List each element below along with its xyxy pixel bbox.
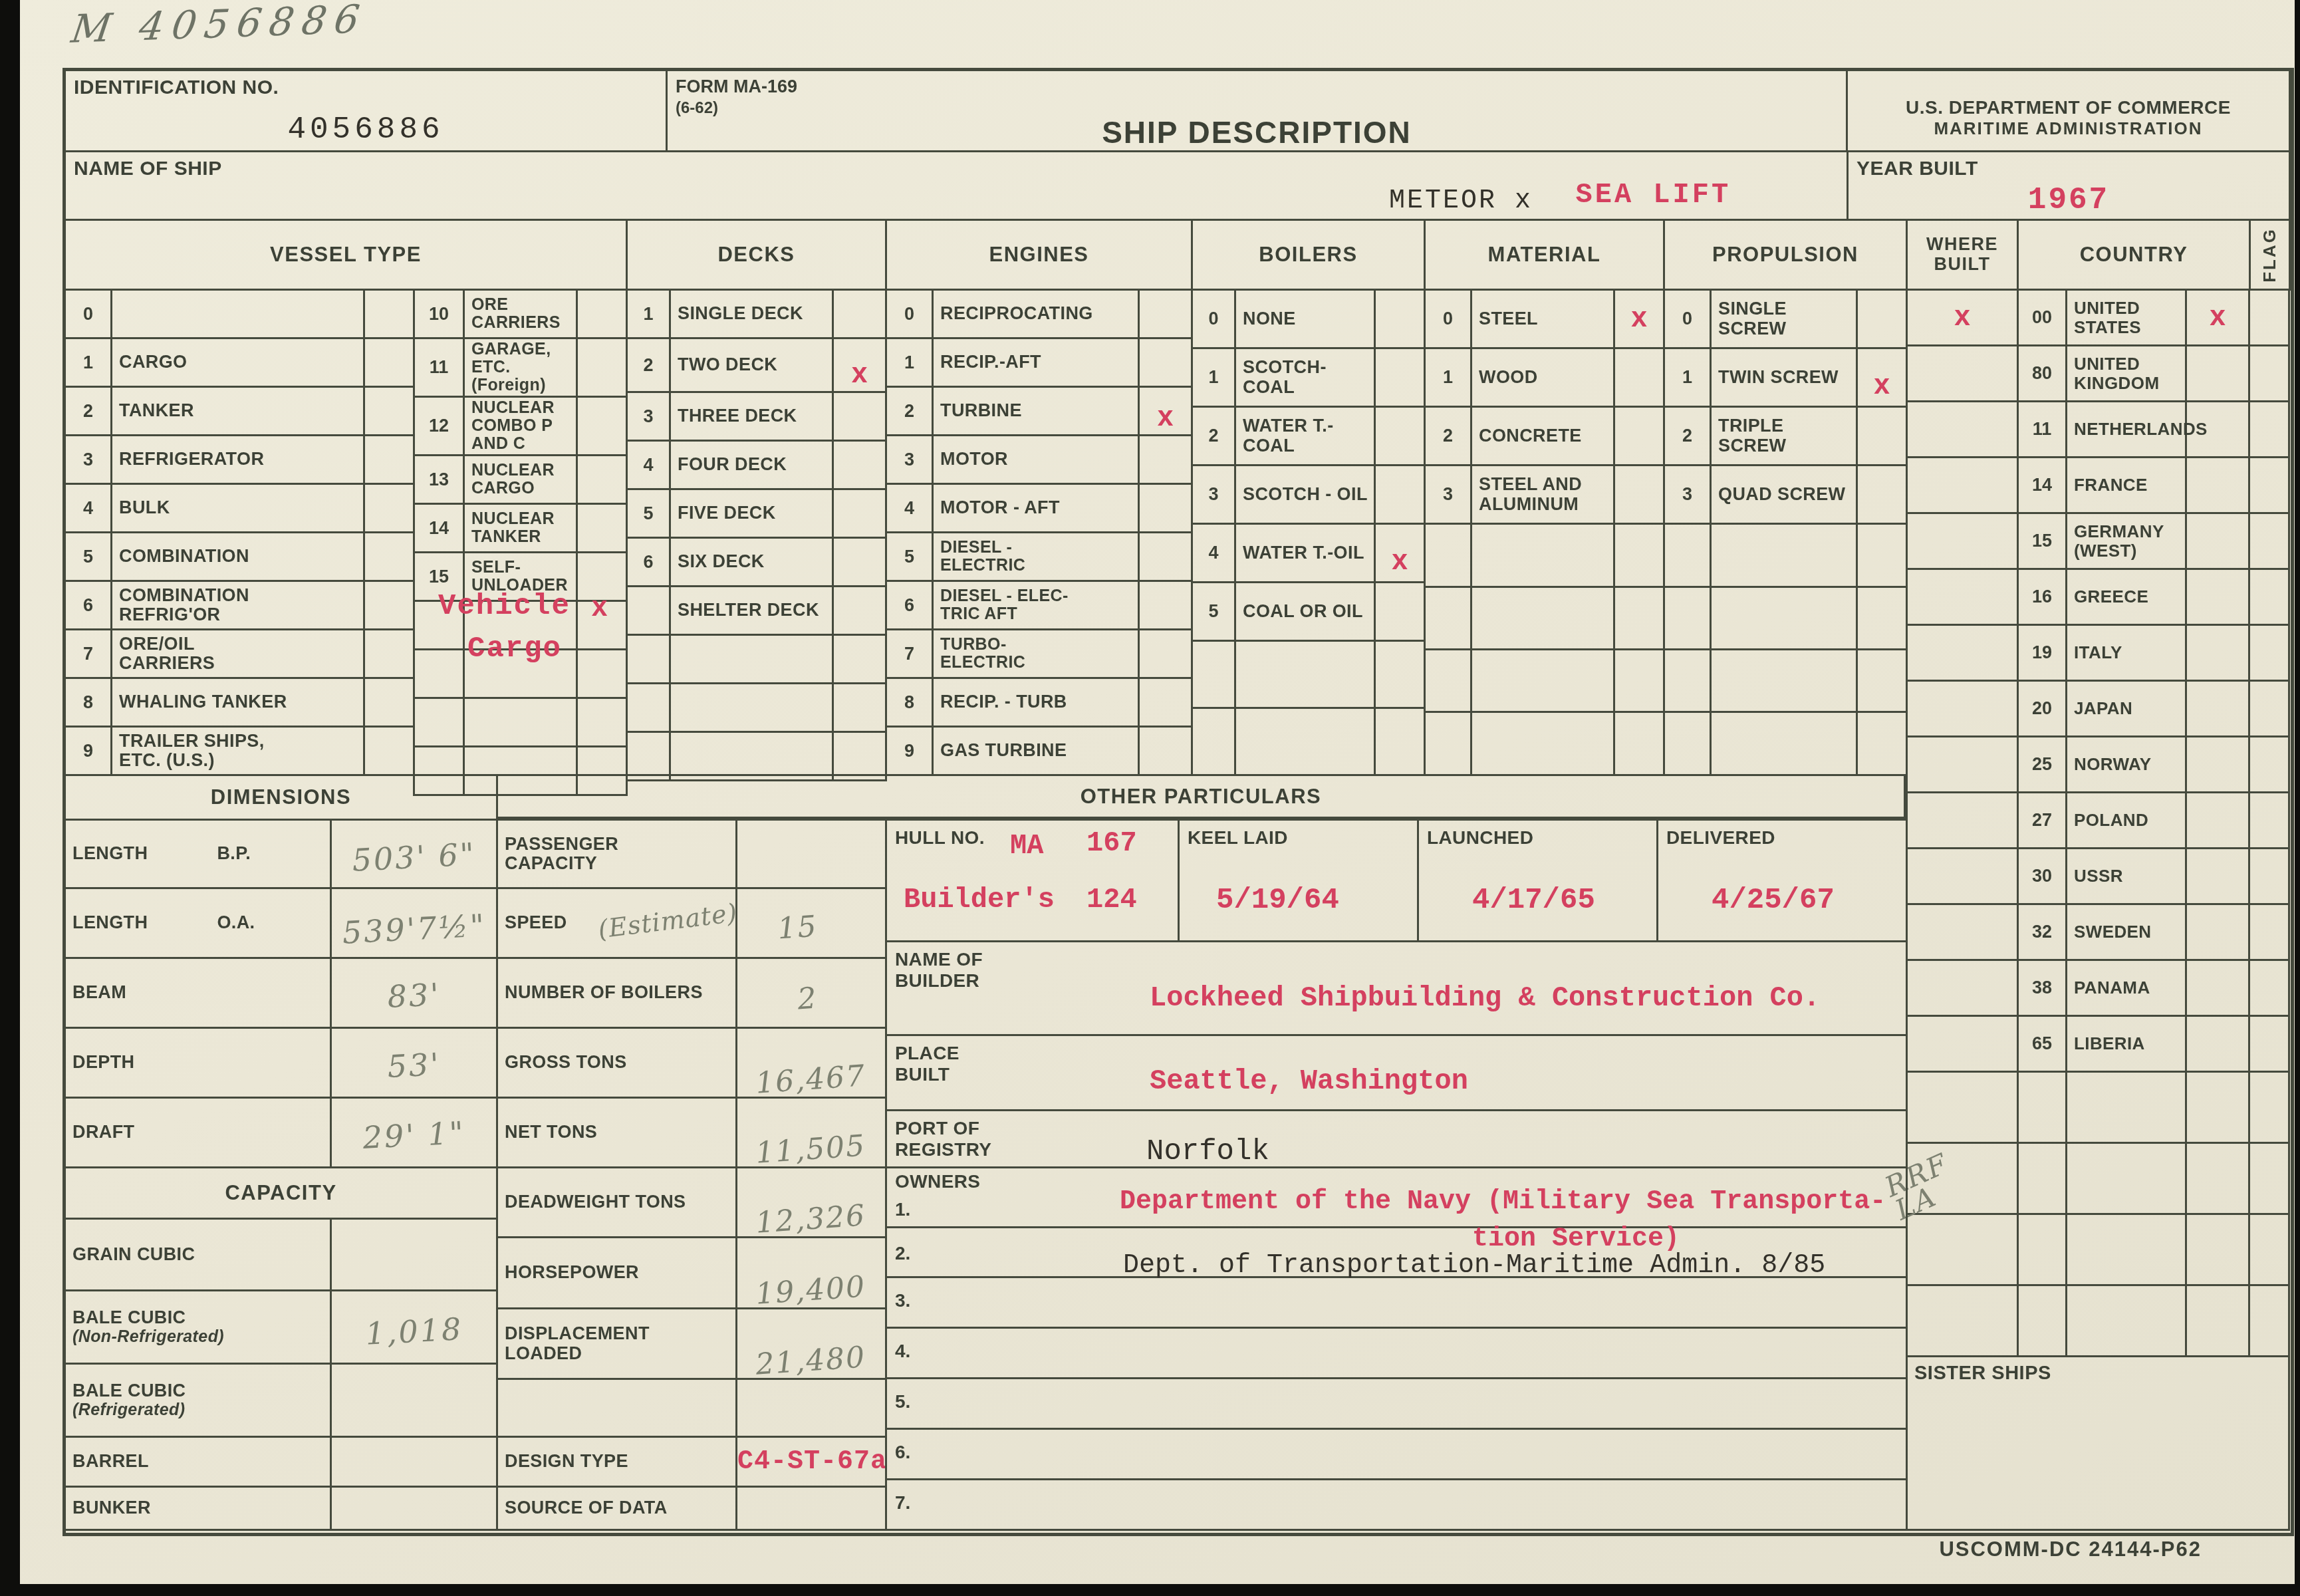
hull-no-label: HULL NO. — [895, 827, 985, 849]
delivered-value: 4/25/67 — [1712, 884, 1835, 917]
stat-value: 15 — [736, 898, 886, 948]
name-of-ship-label: NAME OF SHIP — [74, 158, 222, 180]
stat-label: PASSENGER CAPACITY — [498, 833, 735, 874]
country-name: GERMANY (WEST) — [2067, 521, 2185, 561]
code: 3 — [1426, 484, 1470, 505]
engine-label: RECIPROCATING — [934, 303, 1138, 325]
code: 7 — [887, 644, 932, 664]
ship-name-typed: METEOR x — [1389, 186, 1533, 216]
stat-value: 11,505 — [735, 1105, 886, 1171]
capacity-label: GRAIN CUBIC — [66, 1243, 197, 1265]
code: 3 — [1665, 484, 1710, 505]
particulars-table: HULL NO. MA 167 Builder's 124 KEEL LAID … — [885, 819, 1908, 1531]
deck-label: TWO DECK — [671, 354, 832, 376]
code: 4 — [887, 498, 932, 519]
code: 1 — [1193, 367, 1234, 388]
launched-value: 4/17/65 — [1472, 884, 1595, 917]
port-of-registry-value: Norfolk — [1146, 1135, 1269, 1168]
vessel-type-label: TANKER — [112, 400, 363, 422]
deck-label: FOUR DECK — [671, 454, 832, 475]
material-label: WOOD — [1472, 366, 1613, 388]
form-number: FORM MA-169 — [676, 76, 797, 97]
country-name: ITALY — [2067, 642, 2185, 663]
owner-1-value: Department of the Navy (Military Sea Tra… — [1120, 1187, 1886, 1217]
boilers-table: 0NONE 1SCOTCH- COAL 2WATER T.- COAL 3SCO… — [1191, 289, 1426, 776]
other-particulars-header: OTHER PARTICULARS — [496, 774, 1906, 819]
port-of-registry-cell: PORT OF REGISTRY Norfolk — [886, 1111, 1907, 1168]
code: 1 — [628, 304, 669, 325]
stat-label: SPEED — [498, 911, 570, 934]
other-particulars-title: OTHER PARTICULARS — [1081, 785, 1321, 809]
dimension-value: 83' — [331, 968, 497, 1018]
agency-line1: U.S. DEPARTMENT OF COMMERCE — [1848, 97, 2289, 118]
engines-table: 0RECIPROCATING 1RECIP.-AFT 2TURBINEx 3MO… — [885, 289, 1193, 776]
code: 1 — [66, 352, 110, 373]
owner-number: 3. — [895, 1290, 910, 1311]
code: 9 — [66, 741, 110, 761]
dimension-label: BEAM — [66, 981, 129, 1003]
vessel-type-header: VESSEL TYPE — [65, 220, 627, 290]
name-of-ship-cell: NAME OF SHIP METEOR x SEA LIFT — [65, 152, 1848, 220]
checkbox: x — [1140, 388, 1191, 434]
country-header: COUNTRY — [2018, 220, 2250, 290]
code: 2 — [1426, 426, 1470, 446]
vessel-type-left-table: 0 1CARGO 2TANKER 3REFRIGERATOR 4BULK 5CO… — [64, 289, 415, 776]
code: 30 — [2019, 866, 2065, 886]
ship-name: METEOR x SEA LIFT — [1389, 184, 1731, 216]
code: 5 — [66, 547, 110, 567]
owners-row-1: OWNERS 1. Department of the Navy (Milita… — [886, 1168, 1907, 1228]
country-table: x00UNITED STATESx 80UNITED KINGDOM 11NET… — [1906, 289, 2290, 1531]
stat-label: DISPLACEMENT LOADED — [498, 1323, 735, 1364]
code: 0 — [1665, 309, 1710, 329]
code: 2 — [66, 401, 110, 422]
capacity-label: BARREL — [66, 1450, 152, 1472]
engine-label: TURBO- ELECTRIC — [934, 634, 1138, 673]
stat-label: NUMBER OF BOILERS — [498, 982, 735, 1003]
stat-label: DEADWEIGHT TONS — [498, 1191, 735, 1213]
propulsion-label: SINGLE SCREW — [1712, 298, 1856, 339]
deck-label: FIVE DECK — [671, 502, 832, 524]
boiler-label: WATER T.-OIL — [1236, 542, 1374, 564]
code: 15 — [415, 567, 463, 587]
country-name: UNITED STATES — [2067, 297, 2185, 337]
code: 19 — [2019, 642, 2065, 663]
year-built-cell: YEAR BUILT 1967 — [1848, 152, 2290, 220]
flag-header-cell: FLAG — [2250, 220, 2290, 290]
launched-cell: LAUNCHED 4/17/65 — [1418, 820, 1658, 942]
name-of-builder-label: NAME OF BUILDER — [895, 949, 983, 992]
code: 14 — [415, 518, 463, 539]
code: 25 — [2019, 754, 2065, 775]
owner-number: 2. — [895, 1243, 910, 1264]
column-headers: VESSEL TYPE DECKS ENGINES BOILERS MATERI… — [64, 219, 2291, 291]
country-name: LIBERIA — [2067, 1033, 2185, 1054]
form-revision: (6-62) — [676, 99, 718, 118]
year-built-label: YEAR BUILT — [1856, 158, 1978, 180]
code: 4 — [66, 498, 110, 519]
code: 10 — [415, 304, 463, 325]
form-border: IDENTIFICATION NO. 4056886 FORM MA-169 (… — [63, 68, 2294, 1536]
stat-label: SOURCE OF DATA — [498, 1497, 735, 1519]
checkbox: x — [1615, 303, 1663, 335]
vessel-type-label: GARAGE, ETC. (Foreign) — [465, 339, 576, 396]
country-name: SWEDEN — [2067, 921, 2185, 942]
dimensions-header: DIMENSIONS — [65, 775, 497, 820]
dimension-sub: O.A. — [210, 911, 257, 934]
port-of-registry-label: PORT OF REGISTRY — [895, 1118, 991, 1160]
owner-1-value-cont: tion Service) — [1472, 1224, 1680, 1254]
vessel-type-label: ORE/OIL CARRIERS — [112, 633, 363, 674]
where-built-check: x — [1908, 302, 2017, 334]
code: 2 — [1665, 426, 1710, 446]
decks-header: DECKS — [627, 220, 886, 290]
boiler-label: WATER T.- COAL — [1236, 415, 1374, 456]
stats-table: PASSENGER CAPACITY SPEED(Estimate)15 NUM… — [496, 819, 887, 1531]
engine-label: RECIP.-AFT — [934, 351, 1138, 373]
code: 7 — [66, 644, 110, 664]
material-header: MATERIAL — [1425, 220, 1664, 290]
vessel-type-label: NUCLEAR COMBO P AND C — [465, 398, 576, 454]
vessel-type-label: COMBINATION — [112, 545, 363, 567]
vessel-type-label: NUCLEAR CARGO — [465, 460, 576, 499]
country-name: JAPAN — [2067, 698, 2185, 719]
code: 3 — [887, 450, 932, 470]
code: 0 — [66, 304, 110, 325]
code: 14 — [2019, 475, 2065, 495]
owner-number: 6. — [895, 1442, 910, 1463]
country-name: PANAMA — [2067, 977, 2185, 998]
engines-header: ENGINES — [886, 220, 1192, 290]
handwritten-id: M 4056886 — [68, 0, 370, 52]
vessel-type-label — [112, 313, 363, 315]
boiler-label: SCOTCH - OIL — [1236, 483, 1374, 505]
stat-label: HORSEPOWER — [498, 1262, 735, 1283]
code: 16 — [2019, 587, 2065, 607]
speed-estimate-note: (Estimate) — [596, 898, 739, 944]
dimension-label: DRAFT — [66, 1121, 137, 1143]
place-built-value: Seattle, Washington — [1150, 1065, 1468, 1097]
hull-no2: 124 — [1086, 884, 1137, 916]
code: 3 — [1193, 484, 1234, 505]
checkbox: x — [834, 339, 885, 391]
title-cell: FORM MA-169 (6-62) SHIP DESCRIPTION — [667, 70, 1847, 152]
top-bar: IDENTIFICATION NO. 4056886 FORM MA-169 (… — [64, 69, 2291, 152]
capacity-sub: (Refrigerated) — [66, 1399, 188, 1420]
dimension-value: 539'7½" — [330, 895, 497, 952]
vessel-type-label: TRAILER SHIPS, ETC. (U.S.) — [112, 730, 363, 771]
dimension-label: DEPTH — [66, 1051, 138, 1073]
code: 1 — [887, 352, 932, 373]
country-name: USSR — [2067, 865, 2185, 886]
stat-value: 12,326 — [735, 1174, 886, 1241]
engine-label: TURBINE — [934, 400, 1138, 422]
vessel-type-right-table: 10ORE CARRIERS 11GARAGE, ETC. (Foreign) … — [413, 289, 628, 796]
propulsion-table: 0SINGLE SCREW 1TWIN SCREWx 2TRIPLE SCREW… — [1663, 289, 1908, 776]
capacity-value: 1,018 — [330, 1301, 497, 1353]
deck-label: SINGLE DECK — [671, 303, 832, 325]
delivered-cell: DELIVERED 4/25/67 — [1658, 820, 1907, 942]
engine-label: GAS TURBINE — [934, 739, 1138, 761]
code: 11 — [2019, 419, 2065, 440]
delivered-label: DELIVERED — [1666, 827, 1775, 849]
propulsion-label: TRIPLE SCREW — [1712, 415, 1856, 456]
print-code-footer: USCOMM-DC 24144-P62 — [1939, 1537, 2202, 1561]
vehicle-cargo-line1: Vehicle — [438, 590, 571, 623]
code: 4 — [628, 455, 669, 475]
code: 0 — [1193, 309, 1234, 329]
boiler-label: NONE — [1236, 308, 1374, 330]
code: 13 — [415, 469, 463, 490]
vessel-type-label: BULK — [112, 497, 363, 519]
keel-laid-cell: KEEL LAID 5/19/64 — [1179, 820, 1418, 942]
material-label: STEEL AND ALUMINUM — [1472, 473, 1613, 515]
engine-label: RECIP. - TURB — [934, 691, 1138, 713]
code: 80 — [2019, 363, 2065, 384]
engine-label: DIESEL - ELEC- TRIC AFT — [934, 586, 1138, 624]
dimension-sub: B.P. — [210, 842, 253, 864]
deck-label: SHELTER DECK — [671, 599, 832, 621]
owners-label: OWNERS — [895, 1171, 980, 1192]
code: 5 — [628, 503, 669, 524]
owner-number: 5. — [895, 1391, 910, 1412]
code: 0 — [887, 304, 932, 325]
code: 3 — [66, 450, 110, 470]
deck-label: SIX DECK — [671, 551, 832, 573]
stat-value: 2 — [736, 966, 886, 1020]
code: 3 — [628, 406, 669, 427]
engine-label: MOTOR — [934, 448, 1138, 470]
boiler-label: COAL OR OIL — [1236, 600, 1374, 622]
decks-table: 1SINGLE DECK 2TWO DECKx 3THREE DECK 4FOU… — [626, 289, 887, 781]
ship-name-red: SEA LIFT — [1575, 179, 1731, 211]
flag-check: x — [2187, 302, 2248, 334]
dimension-value: 53' — [331, 1038, 497, 1088]
vessel-type-label: NUCLEAR TANKER — [465, 509, 576, 547]
stat-value: 16,467 — [735, 1035, 886, 1101]
code: 4 — [1193, 543, 1234, 563]
identification-cell: IDENTIFICATION NO. 4056886 — [65, 70, 667, 152]
propulsion-label: TWIN SCREW — [1712, 366, 1856, 388]
dimensions-table: DIMENSIONS LENGTHB.P.503' 6" LENGTHO.A.5… — [64, 774, 498, 1531]
hull-no-cell: HULL NO. MA 167 Builder's 124 — [886, 820, 1179, 942]
code: 9 — [887, 741, 932, 761]
propulsion-header: PROPULSION — [1664, 220, 1907, 290]
place-built-label: PLACE BUILT — [895, 1043, 959, 1085]
flag-header: FLAG — [2259, 227, 2280, 283]
country-name: UNITED KINGDOM — [2067, 353, 2185, 393]
code: 2 — [628, 355, 669, 376]
code: 15 — [2019, 531, 2065, 551]
hull-no1: 167 — [1086, 827, 1137, 859]
place-built-cell: PLACE BUILT Seattle, Washington — [886, 1035, 1907, 1111]
name-of-builder-value: Lockheed Shipbuilding & Construction Co. — [1150, 982, 1820, 1014]
vessel-type-label: WHALING TANKER — [112, 691, 363, 713]
vehicle-cargo-line2: Cargo — [467, 632, 638, 666]
vessel-type-label: COMBINATION REFRIG'OR — [112, 585, 363, 626]
code: 11 — [415, 357, 463, 378]
stat-label: GROSS TONS — [498, 1051, 735, 1073]
dimension-value: 29' 1" — [331, 1108, 497, 1158]
scanned-form-ship-description: { "scan": { "handwritten_id": "M 4056886… — [0, 0, 2300, 1596]
material-label: STEEL — [1472, 308, 1613, 330]
owners-row-2: 2. tion Service) Dept. of Transportation… — [886, 1228, 1907, 1277]
hull-ma: MA — [1010, 830, 1043, 862]
engine-label: MOTOR - AFT — [934, 497, 1138, 519]
code: 32 — [2019, 922, 2065, 942]
deck-label: THREE DECK — [671, 405, 832, 427]
code: 6 — [66, 595, 110, 616]
owner-2-value: Dept. of Transportation-Maritime Admin. … — [1123, 1251, 1825, 1281]
material-label: CONCRETE — [1472, 425, 1613, 447]
page-title: SHIP DESCRIPTION — [668, 114, 1846, 150]
stat-value: 21,480 — [735, 1316, 886, 1383]
code: 65 — [2019, 1033, 2065, 1054]
country-name: POLAND — [2067, 809, 2185, 831]
design-type-value: C4-ST-67a — [737, 1447, 885, 1477]
vessel-type-label: REFRIGERATOR — [112, 448, 363, 470]
dimension-value: 503' 6" — [330, 829, 497, 880]
engine-label: DIESEL - ELECTRIC — [934, 537, 1138, 576]
material-table: 0STEELx 1WOOD 2CONCRETE 3STEEL AND ALUMI… — [1424, 289, 1665, 776]
boilers-header: BOILERS — [1192, 220, 1425, 290]
vehicle-cargo-check: x — [591, 593, 608, 624]
code: 2 — [887, 401, 932, 422]
code: 1 — [1426, 367, 1470, 388]
code: 27 — [2019, 810, 2065, 831]
code: 6 — [887, 595, 932, 616]
name-of-builder-cell: NAME OF BUILDER Lockheed Shipbuilding & … — [886, 942, 1907, 1035]
code: 12 — [415, 416, 463, 436]
capacity-sub: (Non-Refrigerated) — [66, 1326, 227, 1347]
code: 8 — [887, 692, 932, 713]
dimension-label: LENGTH — [66, 911, 150, 934]
capacity-header: CAPACITY — [65, 1168, 497, 1219]
country-name: NETHERLANDS — [2067, 418, 2185, 440]
country-name: NORWAY — [2067, 753, 2185, 775]
code: 38 — [2019, 978, 2065, 998]
propulsion-label: QUAD SCREW — [1712, 483, 1856, 505]
identification-value: 4056886 — [66, 112, 666, 147]
country-name: FRANCE — [2067, 474, 2185, 495]
checkbox: x — [1376, 529, 1424, 578]
code: 0 — [1426, 309, 1470, 329]
code: 2 — [1193, 426, 1234, 446]
name-bar: NAME OF SHIP METEOR x SEA LIFT YEAR BUIL… — [64, 150, 2291, 221]
code: 6 — [628, 552, 669, 573]
keel-laid-label: KEEL LAID — [1188, 827, 1288, 849]
stat-label: DESIGN TYPE — [498, 1450, 735, 1472]
capacity-label: BUNKER — [66, 1496, 154, 1519]
owner-number: 7. — [895, 1492, 910, 1514]
where-built-header: WHERE BUILT — [1907, 220, 2018, 290]
code: 5 — [887, 547, 932, 567]
vessel-type-label: ORE CARRIERS — [465, 295, 576, 333]
code: 1 — [1665, 367, 1710, 388]
stat-label: NET TONS — [498, 1121, 735, 1143]
hull-builders: Builder's — [904, 884, 1055, 916]
country-name: GREECE — [2067, 586, 2185, 607]
owner-number: 1. — [895, 1199, 910, 1220]
agency-line2: MARITIME ADMINISTRATION — [1848, 118, 2289, 139]
code: 20 — [2019, 698, 2065, 719]
sister-ships-label: SISTER SHIPS — [1908, 1357, 2288, 1385]
boiler-label: SCOTCH- COAL — [1236, 356, 1374, 398]
code: 00 — [2019, 307, 2065, 328]
keel-laid-value: 5/19/64 — [1216, 884, 1339, 917]
agency-cell: U.S. DEPARTMENT OF COMMERCE MARITIME ADM… — [1847, 70, 2290, 152]
stat-value: 19,400 — [735, 1246, 886, 1312]
vessel-type-label: CARGO — [112, 351, 363, 373]
vehicle-cargo-entry: Vehicle x Cargo — [438, 590, 638, 666]
owner-number: 4. — [895, 1341, 910, 1362]
checkbox: x — [1858, 353, 1906, 402]
paper-scan: M 4056886 IDENTIFICATION NO. 4056886 FOR… — [20, 0, 2295, 1584]
dimension-label: LENGTH — [66, 842, 150, 864]
launched-label: LAUNCHED — [1427, 827, 1533, 849]
identification-label: IDENTIFICATION NO. — [74, 76, 279, 99]
code: 8 — [66, 692, 110, 713]
code: 5 — [1193, 601, 1234, 622]
year-built-value: 1967 — [1849, 183, 2289, 217]
